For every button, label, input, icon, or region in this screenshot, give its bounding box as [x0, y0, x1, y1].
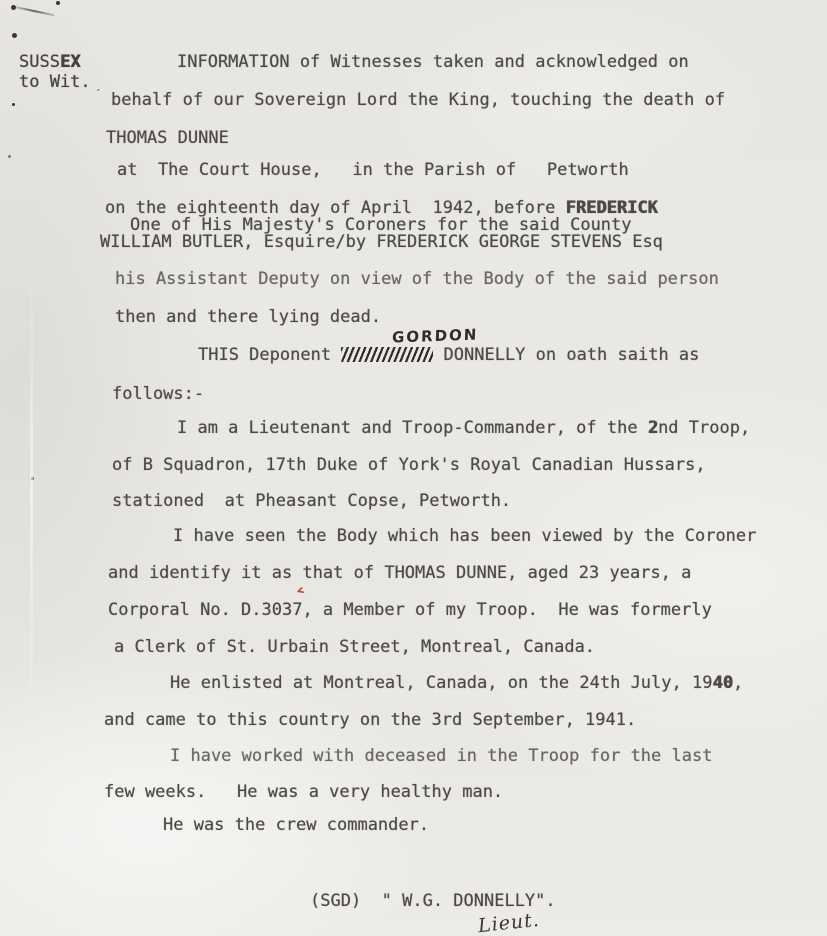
line-healthy: few weeks. He was a very healthy man. — [104, 782, 503, 802]
line-deponent-pre: THIS Deponent — [198, 345, 341, 365]
line-coroner: WILLIAM BUTLER, Esquire/by FREDERICK GEO… — [100, 232, 663, 252]
pen-stroke — [13, 6, 54, 16]
line-information: INFORMATION of Witnesses taken and ackno… — [177, 52, 689, 72]
ink-speck — [31, 477, 34, 480]
line-enlisted-overstrike: 40 — [712, 673, 732, 693]
ink-speck — [12, 33, 17, 38]
line-follows: follows:- — [112, 384, 204, 404]
ink-speck — [12, 103, 15, 106]
line-lieutenant: I am a Lieutenant and Troop-Commander, o… — [177, 418, 750, 438]
line-behalf: behalf of our Sovereign Lord the King, t… — [111, 90, 725, 110]
line-enlisted: He enlisted at Montreal, Canada, on the … — [170, 673, 743, 693]
line-deceased-name: THOMAS DUNNE — [106, 128, 229, 148]
line-seen-body: I have seen the Body which has been view… — [173, 526, 756, 546]
line-crew-commander: He was the crew commander. — [163, 815, 429, 835]
struck-out-word — [341, 347, 433, 362]
line-lying-dead: then and there lying dead. — [115, 307, 381, 327]
margin-county: SUSSEX — [19, 52, 80, 72]
line-enlisted-post: , — [733, 673, 743, 693]
margin-county-overstrike: EX — [60, 52, 80, 72]
line-deputy: his Assistant Deputy on view of the Body… — [115, 269, 719, 289]
signature-line: (SGD) " W.G. DONNELLY". — [310, 891, 556, 911]
scanned-document-page: ˊ SUSSEX to Wit. INFORMATION of Witnesse… — [0, 0, 827, 936]
ink-speck — [56, 1, 60, 5]
line-lieutenant-pre: I am a Lieutenant and Troop-Commander, o… — [177, 418, 648, 438]
line-squadron: of B Squadron, 17th Duke of York's Royal… — [112, 455, 706, 475]
handwritten-name-correction: GORDON — [392, 325, 479, 346]
line-worked-with: I have worked with deceased in the Troop… — [170, 746, 712, 766]
line-corporal: Corporal No. D.3037, a Member of my Troo… — [108, 600, 712, 620]
line-clerk: a Clerk of St. Urbain Street, Montreal, … — [114, 637, 595, 657]
line-place: at The Court House, in the Parish of Pet… — [117, 160, 629, 180]
stray-tick-mark: ˊ — [96, 86, 100, 102]
line-enlisted-pre: He enlisted at Montreal, Canada, on the … — [170, 673, 712, 693]
line-deponent-post: DONNELLY on oath saith as — [433, 345, 699, 365]
line-identify: and identify it as that of THOMAS DUNNE,… — [108, 563, 691, 583]
line-lieutenant-post: nd Troop, — [658, 418, 750, 438]
line-deponent: THIS Deponent DONNELLY on oath saith as — [198, 345, 699, 365]
handwritten-rank: Lieut. — [477, 909, 541, 936]
line-stationed: stationed at Pheasant Copse, Petworth. — [112, 491, 511, 511]
margin-county-text: SUSS — [19, 52, 60, 72]
ink-speck — [8, 155, 11, 158]
margin-to-wit: to Wit. — [19, 72, 91, 92]
line-lieutenant-overstrike: 2 — [648, 418, 658, 438]
line-came-country: and came to this country on the 3rd Sept… — [104, 710, 636, 730]
